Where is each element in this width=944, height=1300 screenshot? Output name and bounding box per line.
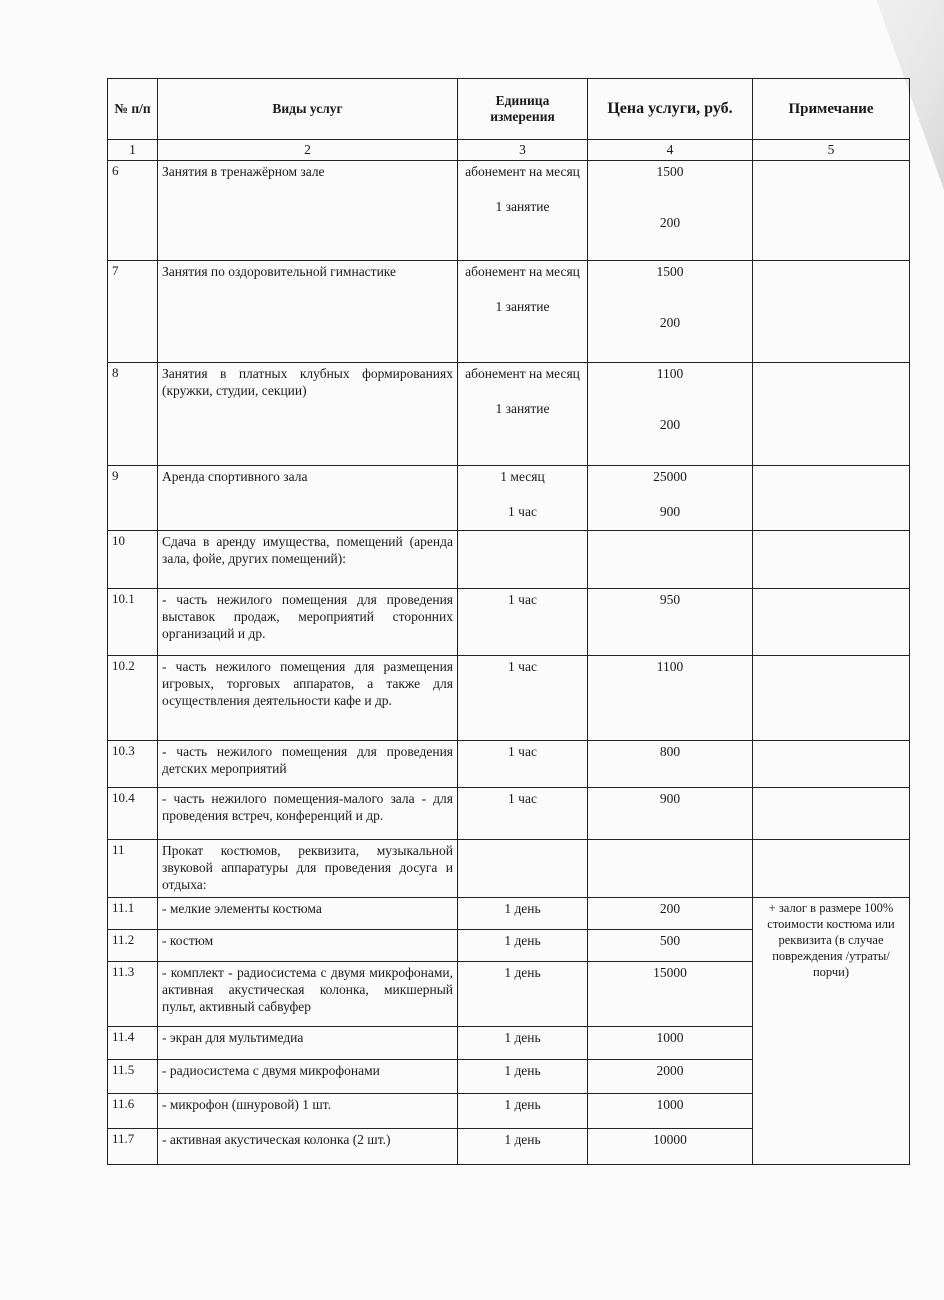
row-number: 11.2: [108, 930, 158, 962]
row-number: 11.7: [108, 1129, 158, 1165]
row-number: 6: [108, 161, 158, 261]
column-number: 1: [108, 140, 158, 161]
row-number: 10: [108, 531, 158, 589]
unit-cell: 1 час: [458, 788, 588, 840]
unit-cell: 1 час: [458, 589, 588, 656]
unit-value: абонемент на месяц: [462, 365, 583, 382]
table-row: 10.2- часть нежилого помещения для разме…: [108, 656, 910, 741]
row-number: 10.1: [108, 589, 158, 656]
unit-value: 1 день: [462, 1029, 583, 1046]
price-cell: 10000: [588, 1129, 753, 1165]
unit-cell: 1 день: [458, 962, 588, 1027]
price-cell: 1100200: [588, 363, 753, 466]
table-row: 10Сдача в аренду имущества, помещений (а…: [108, 531, 910, 589]
price-value: 25000: [592, 468, 748, 485]
service-name: - активная акустическая колонка (2 шт.): [158, 1129, 458, 1165]
unit-value: 1 час: [462, 658, 583, 675]
price-cell: 25000900: [588, 466, 753, 531]
header-price: Цена услуги, руб.: [588, 79, 753, 140]
table-row: 11Прокат костюмов, реквизита, музыкально…: [108, 840, 910, 898]
unit-value: 1 день: [462, 1096, 583, 1113]
row-number: 10.3: [108, 741, 158, 788]
header-num: № п/п: [108, 79, 158, 140]
table-row: 10.3- часть нежилого помещения для прове…: [108, 741, 910, 788]
price-value: 200: [592, 900, 748, 917]
price-cell: 1100: [588, 656, 753, 741]
unit-value: 1 час: [462, 790, 583, 807]
service-name: - часть нежилого помещения для проведени…: [158, 589, 458, 656]
service-name: - комплект - радиосистема с двумя микроф…: [158, 962, 458, 1027]
price-value: 1000: [592, 1096, 748, 1113]
unit-cell: 1 день: [458, 1094, 588, 1129]
price-cell: 1500200: [588, 261, 753, 363]
price-value: 15000: [592, 964, 748, 981]
row-number: 10.2: [108, 656, 158, 741]
header-row: № п/п Виды услуг Единица измерения Цена …: [108, 79, 910, 140]
price-value: 1500: [592, 263, 748, 280]
row-number: 8: [108, 363, 158, 466]
price-value: 10000: [592, 1131, 748, 1148]
price-cell: 900: [588, 788, 753, 840]
unit-value: 1 день: [462, 900, 583, 917]
price-value: 900: [592, 503, 748, 520]
note-cell: [753, 466, 910, 531]
note-cell: [753, 261, 910, 363]
unit-cell: абонемент на месяц1 занятие: [458, 363, 588, 466]
unit-cell: 1 час: [458, 741, 588, 788]
price-cell: [588, 840, 753, 898]
unit-cell: 1 час: [458, 656, 588, 741]
unit-cell: 1 месяц1 час: [458, 466, 588, 531]
row-number: 7: [108, 261, 158, 363]
price-value: 1100: [592, 658, 748, 675]
service-name: Занятия в платных клубных формированиях …: [158, 363, 458, 466]
unit-value: абонемент на месяц: [462, 263, 583, 280]
row-number: 11.6: [108, 1094, 158, 1129]
service-name: Прокат костюмов, реквизита, музыкальной …: [158, 840, 458, 898]
unit-cell: 1 день: [458, 930, 588, 962]
price-value: 950: [592, 591, 748, 608]
service-name: Аренда спортивного зала: [158, 466, 458, 531]
unit-value: 1 час: [462, 503, 583, 520]
price-value: 200: [592, 314, 748, 331]
row-number: 11: [108, 840, 158, 898]
unit-value: 1 занятие: [462, 298, 583, 315]
note-cell: [753, 161, 910, 261]
service-name: - микрофон (шнуровой) 1 шт.: [158, 1094, 458, 1129]
service-name: - радиосистема с двумя микрофонами: [158, 1060, 458, 1094]
price-cell: 15000: [588, 962, 753, 1027]
service-name: - часть нежилого помещения для проведени…: [158, 741, 458, 788]
note-cell: [753, 363, 910, 466]
note-cell: [753, 656, 910, 741]
unit-value: 1 занятие: [462, 198, 583, 215]
services-price-table: № п/п Виды услуг Единица измерения Цена …: [107, 78, 910, 1165]
row-number: 10.4: [108, 788, 158, 840]
column-number: 3: [458, 140, 588, 161]
price-value: 200: [592, 214, 748, 231]
unit-cell: 1 день: [458, 1060, 588, 1094]
row-number: 11.5: [108, 1060, 158, 1094]
service-name: - часть нежилого помещения-малого зала -…: [158, 788, 458, 840]
header-unit: Единица измерения: [458, 79, 588, 140]
unit-value: 1 день: [462, 1062, 583, 1079]
unit-value: 1 час: [462, 591, 583, 608]
row-number: 11.4: [108, 1027, 158, 1060]
note-cell: [753, 788, 910, 840]
price-cell: 200: [588, 898, 753, 930]
header-note: Примечание: [753, 79, 910, 140]
price-value: 1100: [592, 365, 748, 382]
column-number: 4: [588, 140, 753, 161]
header-service-type: Виды услуг: [158, 79, 458, 140]
price-cell: 800: [588, 741, 753, 788]
price-cell: 1000: [588, 1027, 753, 1060]
price-cell: [588, 531, 753, 589]
unit-value: 1 день: [462, 932, 583, 949]
price-value: 900: [592, 790, 748, 807]
table-row: 7Занятия по оздоровительной гимнастикеаб…: [108, 261, 910, 363]
price-value: 1500: [592, 163, 748, 180]
column-number-row: 1 2 3 4 5: [108, 140, 910, 161]
rental-deposit-note: + залог в размере 100% стоимости костюма…: [753, 898, 910, 1165]
service-name: Занятия в тренажёрном зале: [158, 161, 458, 261]
row-number: 9: [108, 466, 158, 531]
unit-value: 1 занятие: [462, 400, 583, 417]
service-name: Сдача в аренду имущества, помещений (аре…: [158, 531, 458, 589]
unit-cell: [458, 840, 588, 898]
price-value: 800: [592, 743, 748, 760]
row-number: 11.1: [108, 898, 158, 930]
unit-cell: абонемент на месяц1 занятие: [458, 261, 588, 363]
unit-value: 1 день: [462, 964, 583, 981]
price-cell: 500: [588, 930, 753, 962]
note-cell: [753, 531, 910, 589]
service-name: - костюм: [158, 930, 458, 962]
price-value: 2000: [592, 1062, 748, 1079]
price-cell: 1000: [588, 1094, 753, 1129]
price-value: 1000: [592, 1029, 748, 1046]
price-cell: 1500200: [588, 161, 753, 261]
column-number: 2: [158, 140, 458, 161]
table-row: 10.4- часть нежилого помещения-малого за…: [108, 788, 910, 840]
unit-value: 1 день: [462, 1131, 583, 1148]
unit-value: 1 месяц: [462, 468, 583, 485]
unit-cell: абонемент на месяц1 занятие: [458, 161, 588, 261]
price-cell: 950: [588, 589, 753, 656]
note-cell: [753, 741, 910, 788]
unit-cell: [458, 531, 588, 589]
service-name: - экран для мультимедиа: [158, 1027, 458, 1060]
unit-cell: 1 день: [458, 1129, 588, 1165]
note-cell: [753, 840, 910, 898]
table-row: 8Занятия в платных клубных формированиях…: [108, 363, 910, 466]
note-cell: [753, 589, 910, 656]
price-cell: 2000: [588, 1060, 753, 1094]
price-value: 500: [592, 932, 748, 949]
unit-value: абонемент на месяц: [462, 163, 583, 180]
row-number: 11.3: [108, 962, 158, 1027]
service-name: Занятия по оздоровительной гимнастике: [158, 261, 458, 363]
table-row: 9Аренда спортивного зала1 месяц1 час2500…: [108, 466, 910, 531]
unit-cell: 1 день: [458, 1027, 588, 1060]
table-row: 6Занятия в тренажёрном залеабонемент на …: [108, 161, 910, 261]
table-row: 11.1- мелкие элементы костюма1 день200+ …: [108, 898, 910, 930]
column-number: 5: [753, 140, 910, 161]
price-value: 200: [592, 416, 748, 433]
table-row: 10.1- часть нежилого помещения для прове…: [108, 589, 910, 656]
service-name: - мелкие элементы костюма: [158, 898, 458, 930]
unit-value: 1 час: [462, 743, 583, 760]
unit-cell: 1 день: [458, 898, 588, 930]
service-name: - часть нежилого помещения для размещени…: [158, 656, 458, 741]
